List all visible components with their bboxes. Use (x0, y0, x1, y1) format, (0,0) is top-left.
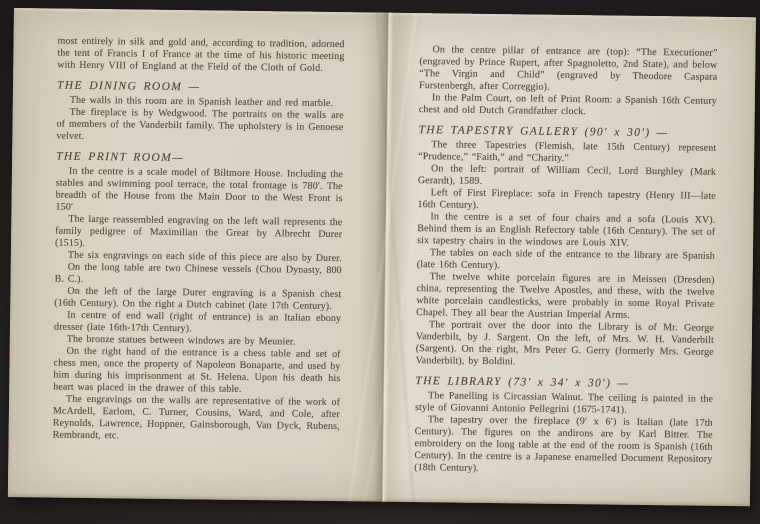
paragraph: On the right hand of the entrance is a c… (53, 346, 341, 398)
page-right: On the centre pillar of entrance are (to… (379, 13, 756, 507)
booklet-spread: most entirely in silk and gold and, acco… (8, 8, 756, 506)
paragraph: most entirely in silk and gold and, acco… (57, 36, 344, 76)
paragraph: The twelve white porcelain figures are i… (416, 271, 715, 323)
paragraph: In centre of end wall (right of entrance… (54, 310, 341, 338)
page-left: most entirely in silk and gold and, acco… (8, 8, 385, 502)
paragraph: The tapestry over the fireplace (9′ x 6′… (414, 414, 713, 478)
paragraph: The engravings on the walls are represen… (53, 394, 341, 446)
paragraph: On the long table are two Chinese vessel… (55, 262, 342, 290)
paragraph: On the left of the large Durer engraving… (54, 286, 341, 314)
paragraph: In the centre is a scale model of Biltmo… (55, 166, 343, 218)
scan-background: most entirely in silk and gold and, acco… (0, 0, 760, 524)
heading-the-print-room: THE PRINT ROOM— (56, 150, 343, 168)
heading-the-library: THE LIBRARY (73′ x 34′ x 30′) — (415, 374, 713, 392)
paragraph: In the Palm Court, on left of Print Room… (419, 92, 717, 120)
paragraph: On the centre pillar of entrance are (to… (419, 44, 718, 96)
heading-the-dining-room: THE DINING ROOM — (57, 79, 344, 97)
paragraph: In the centre is a set of four chairs an… (417, 211, 715, 251)
heading-the-tapestry-gallery: THE TAPESTRY GALLERY (90′ x 30′) — (418, 123, 716, 141)
paragraph: The portrait over the door into the Libr… (416, 319, 715, 371)
paragraph: The fireplace is by Wedgwood. The portra… (56, 107, 343, 147)
paragraph: The large reassembled engraving on the l… (55, 214, 342, 254)
